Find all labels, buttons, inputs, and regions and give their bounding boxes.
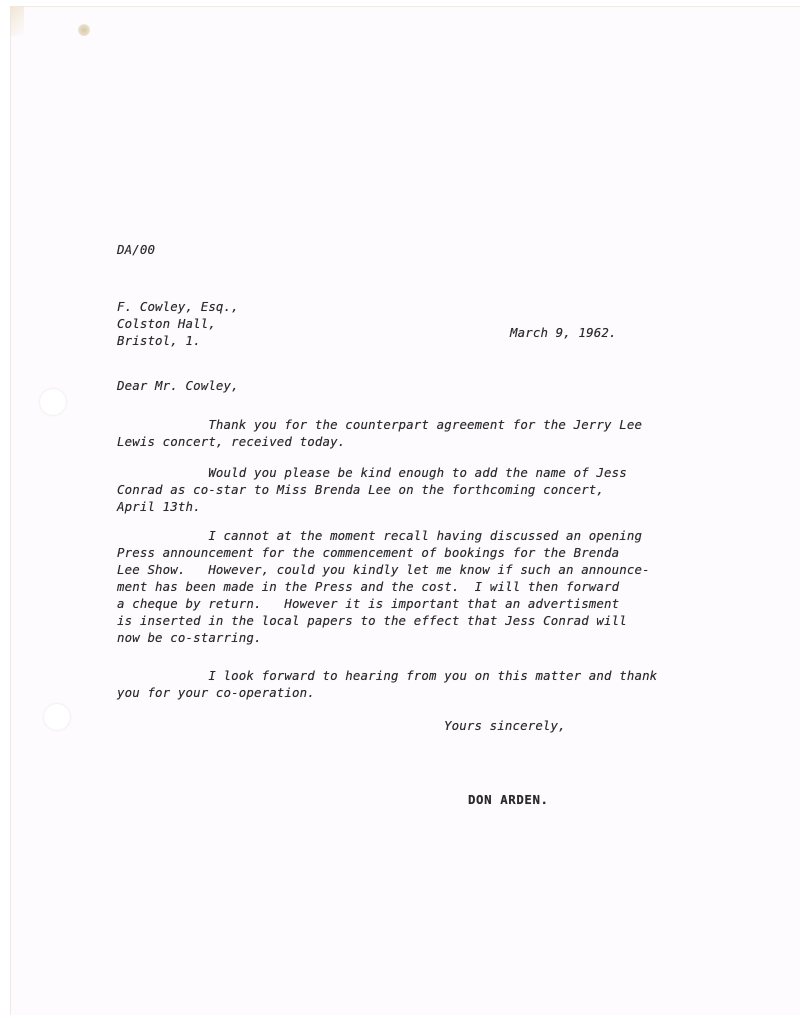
paper-stain (78, 24, 90, 36)
paper-stain (10, 6, 24, 36)
text-line: is inserted in the local papers to the e… (117, 612, 650, 629)
text-line: Lee Show. However, could you kindly let … (117, 561, 650, 578)
text-line: ment has been made in the Press and the … (117, 578, 650, 595)
text-line: Conrad as co-star to Miss Brenda Lee on … (117, 481, 627, 498)
address-line: F. Cowley, Esq., (117, 298, 239, 315)
salutation: Dear Mr. Cowley, (117, 377, 239, 394)
text-line: you for your co-operation. (117, 684, 657, 701)
paragraph: I cannot at the moment recall having dis… (117, 527, 650, 646)
text-line: Thank you for the counterpart agreement … (117, 416, 642, 433)
text-line: April 13th. (117, 498, 627, 515)
reference-code: DA/00 (117, 241, 155, 258)
letter-date: March 9, 1962. (510, 324, 617, 341)
text-line: a cheque by return. However it is import… (117, 595, 650, 612)
paragraph: Would you please be kind enough to add t… (117, 464, 627, 515)
text-line: I look forward to hearing from you on th… (117, 667, 657, 684)
closing: Yours sincerely, (444, 717, 566, 734)
text-line: now be co-starring. (117, 629, 650, 646)
text-line: I cannot at the moment recall having dis… (117, 527, 650, 544)
address-line: Colston Hall, (117, 315, 239, 332)
punch-hole (40, 389, 66, 415)
text-line: Press announcement for the commencement … (117, 544, 650, 561)
paragraph: Thank you for the counterpart agreement … (117, 416, 642, 450)
recipient-address: F. Cowley, Esq.,Colston Hall,Bristol, 1. (117, 298, 239, 349)
text-line: Lewis concert, received today. (117, 433, 642, 450)
punch-hole (44, 704, 70, 730)
text-line: Would you please be kind enough to add t… (117, 464, 627, 481)
paragraph: I look forward to hearing from you on th… (117, 667, 657, 701)
signature: DON ARDEN. (468, 791, 549, 808)
address-line: Bristol, 1. (117, 332, 239, 349)
